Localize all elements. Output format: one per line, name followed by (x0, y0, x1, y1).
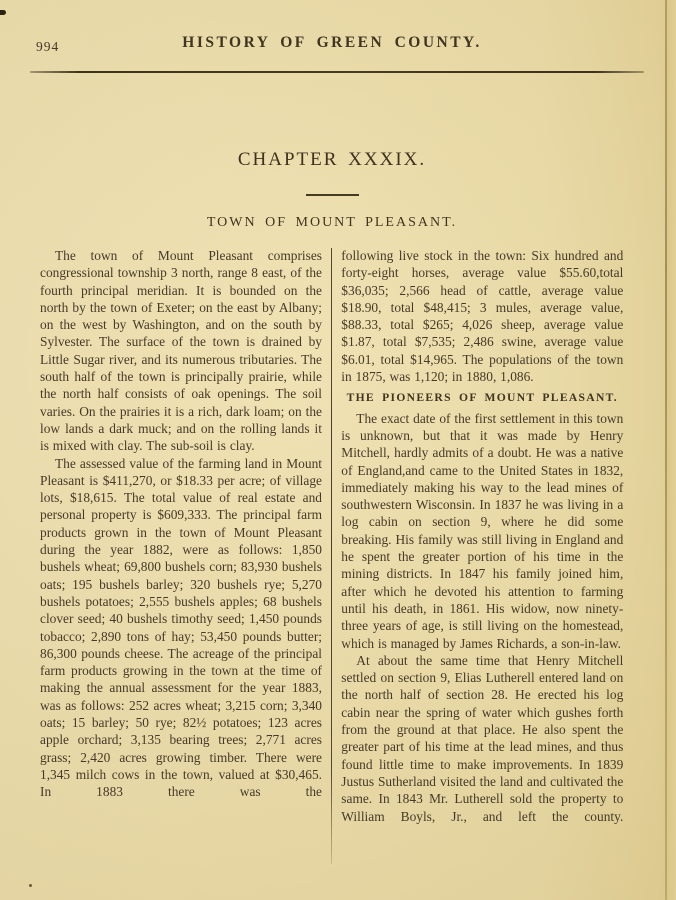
ink-speck (29, 884, 32, 887)
pioneers-subheading: THE PIONEERS OF MOUNT PLEASANT. (341, 389, 623, 406)
page-edge-strip (667, 0, 676, 900)
page-edge-line (665, 0, 667, 900)
left-column: The town of Mount Pleasant comprises con… (40, 247, 322, 864)
paragraph-livestock: following live stock in the town: Six hu… (341, 247, 623, 385)
header-rule (30, 71, 644, 73)
running-header: HISTORY OF GREEN COUNTY. (0, 34, 664, 52)
ink-speck (0, 10, 6, 15)
column-divider (331, 248, 332, 864)
scanned-book-page: { "header": { "page_number": "994", "run… (0, 0, 676, 900)
chapter-divider (306, 194, 359, 196)
section-title: TOWN OF MOUNT PLEASANT. (0, 215, 664, 231)
paragraph-elias-lutherell: At about the same time that Henry Mitche… (341, 652, 623, 825)
paragraph-henry-mitchell: The exact date of the first settlement i… (341, 410, 623, 652)
chapter-title: CHAPTER XXXIX. (0, 149, 664, 171)
paragraph-town-description: The town of Mount Pleasant comprises con… (40, 247, 322, 455)
book-page: 994 HISTORY OF GREEN COUNTY. CHAPTER XXX… (0, 0, 676, 900)
right-column: following live stock in the town: Six hu… (341, 247, 623, 864)
two-column-text-block: The town of Mount Pleasant comprises con… (40, 247, 624, 864)
paragraph-assessed-values: The assessed value of the farming land i… (40, 455, 322, 801)
